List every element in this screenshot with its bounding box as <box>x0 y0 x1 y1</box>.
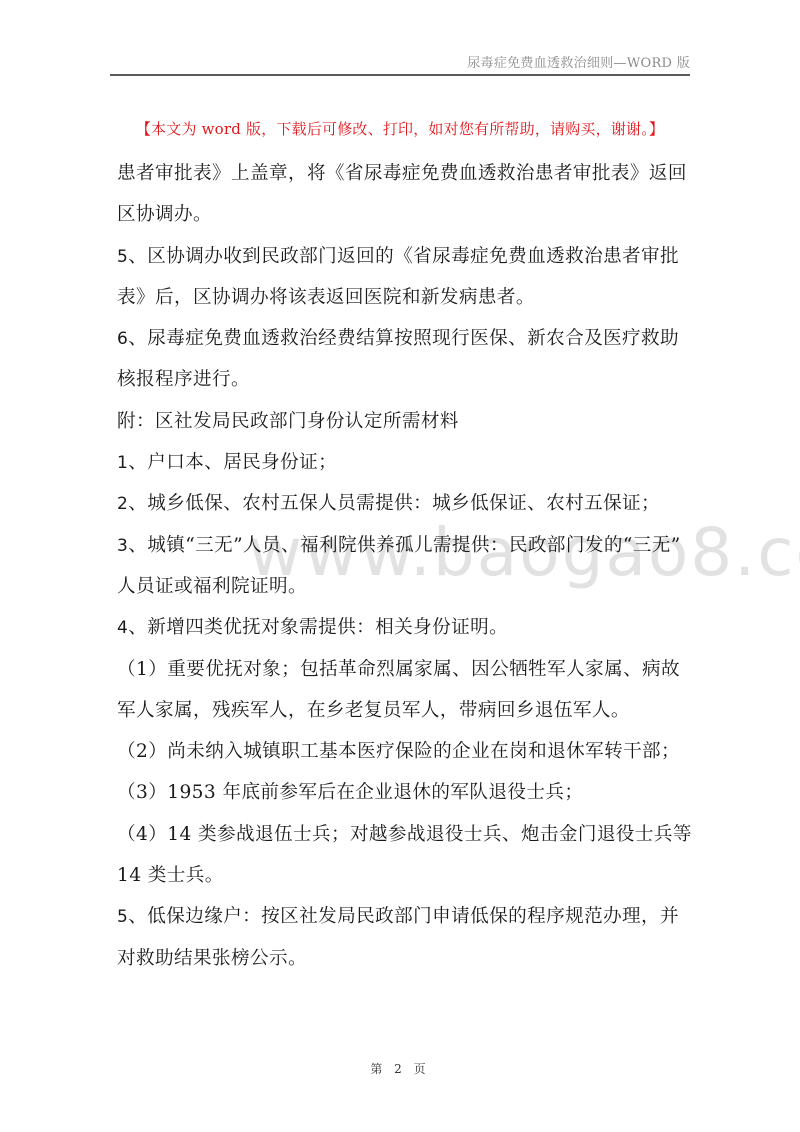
line-text: 、城乡低保、农村五保人员需提供：城乡低保证、农村五保证； <box>128 493 660 514</box>
body-line: 表》后，区协调办将该表返回医院和新发病患者。 <box>117 288 692 308</box>
body-line: 3、城镇“三无”人员、福利院供养孤儿需提供：民政部门发的“三无” <box>117 536 692 556</box>
body-line: 4、新增四类优抚对象需提供：相关身份证明。 <box>117 618 692 638</box>
line-text: 、尿毒症免费血透救治经费结算按照现行医保、新农合及医疗救助 <box>128 328 679 349</box>
line-text: 核报程序进行。 <box>117 369 250 390</box>
body-line: （2）尚未纳入城镇职工基本医疗保险的企业在岗和退休军转干部； <box>117 742 692 762</box>
document-body: 患者审批表》上盖章，将《省尿毒症免费血透救治患者审批表》返回 区协调办。 5、区… <box>117 164 692 990</box>
body-line: 核报程序进行。 <box>117 370 692 390</box>
line-number: 5 <box>117 907 128 927</box>
line-text: 、新增四类优抚对象需提供：相关身份证明。 <box>128 617 508 638</box>
line-text: 患者审批表》上盖章，将《省尿毒症免费血透救治患者审批表》返回 <box>117 163 687 184</box>
line-number: 2 <box>117 494 128 514</box>
body-line: 14 类士兵。 <box>117 866 692 886</box>
body-line: 患者审批表》上盖章，将《省尿毒症免费血透救治患者审批表》返回 <box>117 164 692 184</box>
line-text: 附：区社发局民政部门身份认定所需材料 <box>117 411 459 432</box>
line-text: （1）重要优抚对象；包括革命烈属家属、因公牺牲军人家属、病故 <box>117 659 680 680</box>
line-text: 、低保边缘户：按区社发局民政部门申请低保的程序规范办理，并 <box>128 906 679 927</box>
line-text: 区协调办。 <box>117 204 212 225</box>
body-line: 2、城乡低保、农村五保人员需提供：城乡低保证、农村五保证； <box>117 494 692 514</box>
line-text: （4）14 类参战退伍士兵；对越参战退役士兵、炮击金门退役士兵等 <box>117 824 692 845</box>
body-line: （1）重要优抚对象；包括革命烈属家属、因公牺牲军人家属、病故 <box>117 660 692 680</box>
line-text: （3）1953 年底前参军后在企业退休的军队退役士兵； <box>117 782 583 803</box>
line-number: 4 <box>117 618 128 638</box>
line-number: 6 <box>117 329 128 349</box>
line-text: 表》后，区协调办将该表返回医院和新发病患者。 <box>117 287 535 308</box>
body-line: 人员证或福利院证明。 <box>117 577 692 597</box>
line-number: 3 <box>117 536 128 556</box>
body-line: 6、尿毒症免费血透救治经费结算按照现行医保、新农合及医疗救助 <box>117 329 692 349</box>
line-text: 、区协调办收到民政部门返回的《省尿毒症免费血透救治患者审批 <box>128 246 679 267</box>
body-line: 区协调办。 <box>117 205 692 225</box>
page-number: 第 2 页 <box>0 1060 800 1077</box>
body-line: 1、户口本、居民身份证； <box>117 453 692 473</box>
header-divider <box>110 74 690 76</box>
promo-banner: 【本文为 word 版，下载后可修改、打印，如对您有所帮助，请购买，谢谢。】 <box>110 118 690 139</box>
document-page: 尿毒症免费血透救治细则—WORD 版 【本文为 word 版，下载后可修改、打印… <box>0 0 800 1132</box>
line-text: 人员证或福利院证明。 <box>117 576 307 597</box>
line-text: 14 类士兵。 <box>117 865 224 886</box>
line-text: （2）尚未纳入城镇职工基本医疗保险的企业在岗和退休军转干部； <box>117 741 680 762</box>
body-line: （4）14 类参战退伍士兵；对越参战退役士兵、炮击金门退役士兵等 <box>117 825 692 845</box>
line-text: 军人家属，残疾军人，在乡老复员军人，带病回乡退伍军人。 <box>117 700 630 721</box>
line-number: 5 <box>117 247 128 267</box>
appendix-heading: 附：区社发局民政部门身份认定所需材料 <box>117 412 692 432</box>
body-line: 军人家属，残疾军人，在乡老复员军人，带病回乡退伍军人。 <box>117 701 692 721</box>
body-line: （3）1953 年底前参军后在企业退休的军队退役士兵； <box>117 783 692 803</box>
body-line: 5、低保边缘户：按区社发局民政部门申请低保的程序规范办理，并 <box>117 907 692 927</box>
line-number: 1 <box>117 453 128 473</box>
line-text: 、城镇“三无”人员、福利院供养孤儿需提供：民政部门发的“三无” <box>128 535 680 556</box>
body-line: 对救助结果张榜公示。 <box>117 949 692 969</box>
body-line: 5、区协调办收到民政部门返回的《省尿毒症免费血透救治患者审批 <box>117 247 692 267</box>
line-text: 对救助结果张榜公示。 <box>117 948 307 969</box>
header-title: 尿毒症免费血透救治细则—WORD 版 <box>467 52 690 71</box>
line-text: 、户口本、居民身份证； <box>128 452 337 473</box>
